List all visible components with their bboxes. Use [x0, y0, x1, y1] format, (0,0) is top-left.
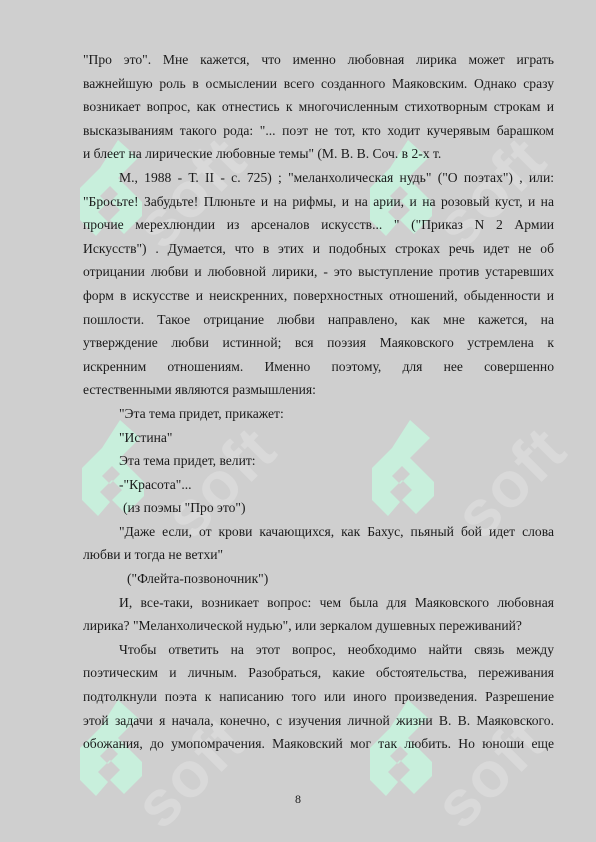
text-line: утверждение любви истинной; вся поэзия М… [83, 331, 554, 355]
text-line: и блеет на лирические любовные темы" (М.… [83, 142, 554, 166]
page-number: 8 [0, 792, 596, 807]
text-line: возникает вопрос, как отнестись к многоч… [83, 95, 554, 119]
poem-source: (из поэмы "Про это") [83, 496, 554, 520]
text-line: искренним отношениям. Именно поэтому, дл… [83, 355, 554, 379]
text-line: высказываниям такого рода: "... поэт не … [83, 119, 554, 143]
quote-source: ("Флейта-позвоночник") [83, 567, 554, 591]
text-line: М., 1988 - Т. II - с. 725) ; "меланхолич… [83, 166, 554, 190]
poem-line: "Истина" [83, 426, 554, 450]
text-line: И, все-таки, возникает вопрос: чем была … [83, 591, 554, 615]
text-line: "Бросьте! Забудьте! Плюньте и на рифмы, … [83, 190, 554, 214]
text-line: отрицании любви и любовной лирики, - это… [83, 260, 554, 284]
body-text: "Про это". Мне кажется, что именно любов… [83, 48, 554, 756]
text-line: поэтическим и личным. Разобраться, какие… [83, 661, 554, 685]
text-line: "Про это". Мне кажется, что именно любов… [83, 48, 554, 72]
poem-line: "Эта тема придет, прикажет: [83, 402, 554, 426]
poem-line: -"Красота"... [83, 473, 554, 497]
text-line: лирика? "Меланхолической нудью", или зер… [83, 614, 554, 638]
text-line: Чтобы ответить на этот вопрос, необходим… [83, 638, 554, 662]
text-line: подтолкнули поэта к написанию того или и… [83, 685, 554, 709]
quote-line: любви и тогда не ветхи" [83, 543, 554, 567]
text-line: обожания, до умопомрачения. Маяковский м… [83, 732, 554, 756]
text-line: пошлости. Такое отрицание любви направле… [83, 308, 554, 332]
poem-line: Эта тема придет, велит: [83, 449, 554, 473]
text-line: важнейшую роль в осмыслении всего создан… [83, 72, 554, 96]
text-line: естественными являются размышления: [83, 378, 554, 402]
text-line: форм в искусстве и неискренних, поверхно… [83, 284, 554, 308]
quote-line: "Даже если, от крови качающихся, как Бах… [83, 520, 554, 544]
text-line: прочие мерехлюндии из арсеналов искусств… [83, 213, 554, 237]
document-page: soft soft soft soft soft soft "Про это".… [0, 0, 596, 842]
text-line: этой задачи я начала, конечно, с изучени… [83, 709, 554, 733]
text-line: Искусств") . Думается, что в этих и подо… [83, 237, 554, 261]
